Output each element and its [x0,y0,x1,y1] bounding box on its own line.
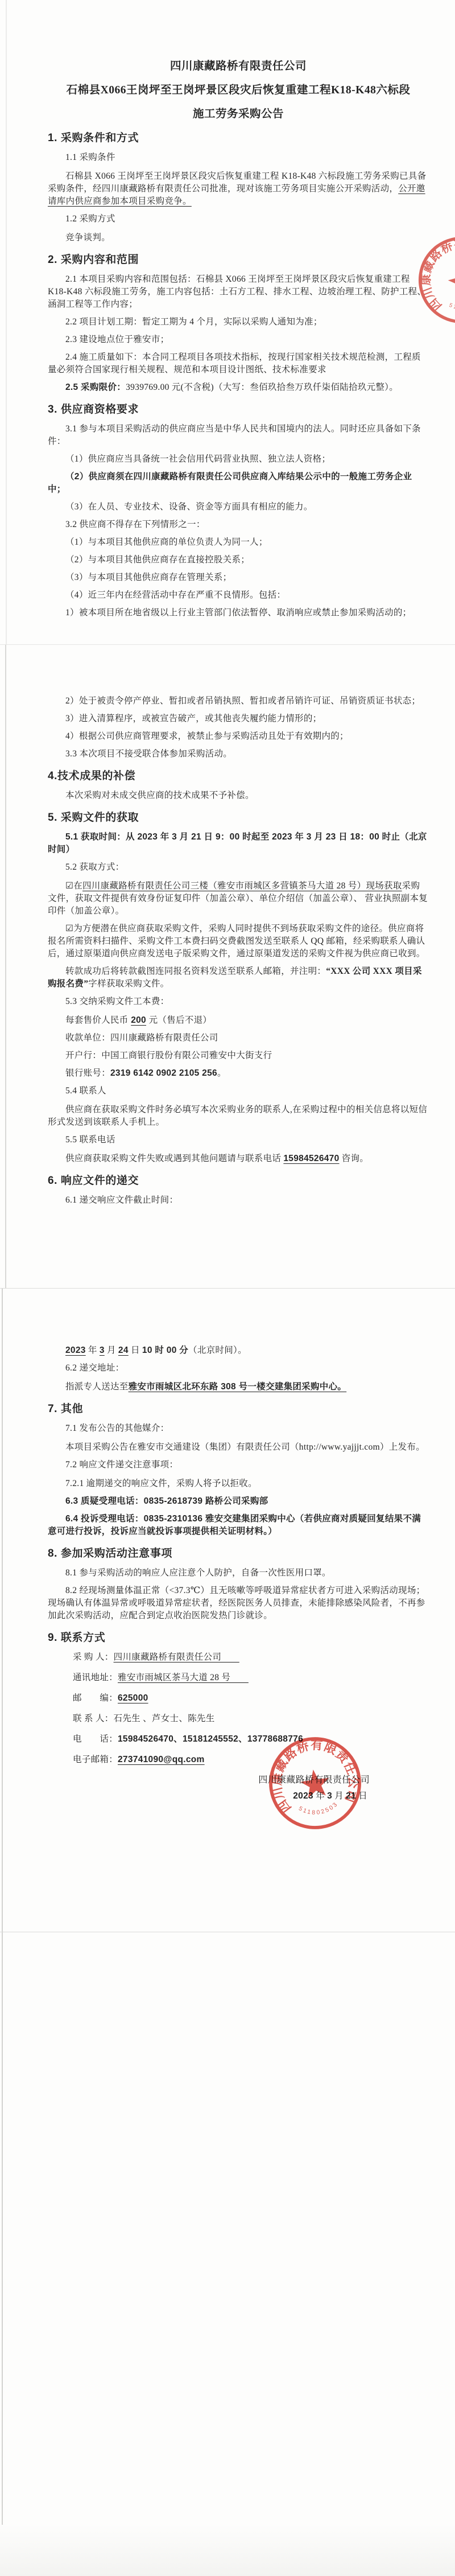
text-segment: 6.3 质疑受理电话：0835-2618739 路桥公司采购部 [65,1496,268,1506]
text-segment: 1.1 采购条件 [65,153,115,162]
text-segment: 3 [327,1791,332,1801]
section-heading: 5. 采购文件的获取 [48,810,429,825]
doc-title-line: 四川康藏路桥有限责任公司 [48,59,429,74]
text-segment: 四川康藏路桥有限责任公司 [170,60,307,72]
subsection-heading: 5.5 联系电话 [48,1134,429,1146]
text-segment: 8.1 参与采购活动的响应人应注意个人防护，自备一次性医用口罩。 [65,1568,331,1578]
paragraph: 7.2.1 逾期递交的响应文件，采购人将予以拒收。 [48,1478,429,1490]
paragraph: （1）供应商应当具备统一社会信用代码营业执照、独立法人资格； [48,453,429,466]
text-segment: （3）与本项目其他供应商存在管理关系； [65,573,231,582]
text-segment: 开户行：中国工商银行股份有限公司雅安中大街支行 [65,1051,272,1060]
paragraph: 石棉县 X066 王岗坪至王岗坪景区段灾后恢复重建工程 K18-K48 六标段施… [48,170,429,208]
section-heading: 6. 响应文件的递交 [48,1174,429,1188]
text-segment: 4）根据公司供应商管理要求，被禁止参与采购活动且处于有效期内的； [65,731,349,741]
subsection-heading: 1.2 采购方式 [48,213,429,225]
scanned-page-2: 2）处于被责令停产停业、暂扣或者吊销执照、暂扣或者吊销许可证、吊销资质证书状态；… [0,644,455,1288]
paragraph: 银行账号：2319 6142 0902 2105 256。 [48,1067,429,1080]
text-segment: 3.2 供应商不得存在下列情形之一： [65,520,205,529]
paragraph: 2.2 项目计划工期：暂定工期为 4 个月，实际以采购人通知为准； [48,316,429,328]
contact-row: 电子邮箱：273741090@qq.com [48,1754,429,1766]
text-segment: 通讯地址： [73,1673,118,1682]
text-segment: 本次采购对未成交供应商的技术成果不予补偿。 [65,791,254,800]
text-segment: （北京时间）。 [188,1345,247,1355]
text-segment: 本项目采购公告在雅安市交通建设（集团）有限责任公司（http://www.yaj… [65,1442,425,1452]
text-segment: 6.1 递交响应文件截止时间： [65,1195,178,1205]
paragraph: 转款成功后将转款截图连同报名资料发送至联系人邮箱，并注明：“XXX 公司 XXX… [48,965,429,990]
text-segment: 字样获取采购文件。 [88,979,169,989]
text-segment: 四川康藏路桥有限责任公司 [258,1775,370,1785]
section-heading: 4.技术成果的补偿 [48,769,429,783]
text-segment: 供应商在获取采购文件时务必填写本次采购业务的联系人,在采购过程中的相关信息将以短… [48,1105,427,1127]
text-segment: 8.2 经现场测量体温正常（<37.3℃）且无咳嗽等呼吸道异常症状者方可进入采购… [48,1586,425,1620]
subsection-heading: 5.2 获取方式： [48,861,429,874]
text-segment: 每套售价人民币 [65,1015,131,1025]
text-segment: （4）近三年内在经营活动中存在严重不良情形。包括： [65,590,286,600]
text-segment: 电 话： [73,1734,118,1744]
text-segment: 1. 采购条件和方式 [48,132,139,144]
paragraph: 2.5 采购限价：3939769.00 元(不含税)（大写：叁佰玖拾叁万玖仟柒佰… [48,381,429,394]
paragraph: （2）与本项目其他供应商存在直接控股关系； [48,554,429,566]
text-segment: 5.1 获取时间：从 2023 年 3 月 21 日 9：00 时起至 2023… [48,832,427,854]
section-heading: 8. 参加采购活动注意事项 [48,1546,429,1561]
text-segment: 2023 [293,1791,313,1801]
text-segment: 石棉县 X066 王岗坪至王岗坪景区段灾后恢复重建工程 K18-K48 六标段施… [48,171,426,194]
text-segment: 4.技术成果的补偿 [48,770,135,782]
text-segment: 6.4 投诉受理电话：0835-2310136 雅安交建集团采购中心（若供应商对… [48,1514,421,1536]
subsection-heading: 6.1 递交响应文件截止时间： [48,1194,429,1207]
text-segment: 3. 供应商资格要求 [48,404,139,415]
text-segment: 雅安市雨城区茶马大道 28 号 [118,1673,249,1682]
paragraph: 每套售价人民币 200 元（售后不退） [48,1014,429,1027]
text-segment: 7.1 发布公告的其他媒介： [65,1423,169,1433]
page-1-content: 四川康藏路桥有限责任公司石棉县X066王岗坪至王岗坪景区段灾后恢复重建工程K18… [0,0,455,619]
paragraph: 竞争谈判。 [48,232,429,244]
text-segment: （2）与本项目其他供应商存在直接控股关系； [65,555,250,565]
paragraph: 6.4 投诉受理电话：0835-2310136 雅安交建集团采购中心（若供应商对… [48,1513,429,1538]
page-edge-line [5,645,6,1288]
page-3-content: 2023 年 3 月 24 日 10 时 00 分（北京时间）。6.2 递交地址… [0,1289,455,1803]
text-segment: 日 [129,1345,142,1355]
paragraph: 5.1 获取时间：从 2023 年 3 月 21 日 9：00 时起至 2023… [48,831,429,856]
paragraph: 2.1 本项目采购内容和范围包括：石棉县 X066 王岗坪至王岗坪景区段灾后恢复… [48,273,429,311]
doc-title-line: 石棉县X066王岗坪至王岗坪景区段灾后恢复重建工程K18-K48六标段 [48,83,429,98]
text-segment: 6.2 递交地址： [65,1363,124,1373]
text-segment: 施工劳务采购公告 [193,108,284,120]
text-segment: 2. 采购内容和范围 [48,254,139,266]
text-segment: 月 [105,1345,118,1355]
section-heading: 7. 其他 [48,1402,429,1416]
paragraph: 2）处于被责令停产停业、暂扣或者吊销执照、暂扣或者吊销许可证、吊销资质证书状态； [48,695,429,707]
contact-row: 邮 编：625000 [48,1692,429,1705]
doc-title-line: 施工劳务采购公告 [48,107,429,122]
text-segment: ☑为方便潜在供应商获取采购文件，采购人同时提供不到场获取采购文件的途径。供应商将… [48,924,425,958]
text-segment: 15984526470、15181245552、13778688776 [118,1734,303,1744]
text-segment: 1.2 采购方式 [65,214,115,224]
text-segment: 邮 编： [73,1693,118,1703]
paragraph: 本项目采购公告在雅安市交通建设（集团）有限责任公司（http://www.yaj… [48,1441,429,1454]
text-segment: 5.5 联系电话 [65,1135,115,1145]
contact-row: 通讯地址：雅安市雨城区茶马大道 28 号 [48,1672,429,1684]
text-segment: 收款单位：四川康藏路桥有限责任公司 [65,1033,218,1043]
text-segment: 3.1 参与本项目采购活动的供应商应当是中华人民共和国境内的法人。同时还应具备如… [48,424,421,446]
text-segment: 21 [346,1791,356,1801]
paragraph: 本次采购对未成交供应商的技术成果不予补偿。 [48,789,429,802]
text-segment: 石棉县X066王岗坪至王岗坪景区段灾后恢复重建工程K18-K48六标段 [67,84,411,96]
paragraph: 4）根据公司供应商管理要求，被禁止参与采购活动且处于有效期内的； [48,730,429,743]
scanned-page-1: 四川康藏路桥有限责任公司石棉县X066王岗坪至王岗坪景区段灾后恢复重建工程K18… [0,0,455,644]
paragraph: 供应商获取采购文件失败或遇到其他问题请与联系电话 15984526470 咨询。 [48,1153,429,1165]
paragraph: （2）供应商须在四川康藏路桥有限责任公司供应商入库结果公示中的一般施工劳务企业中… [48,471,429,496]
signature-date-line: 2023 年 3 月 21 日 [48,1790,429,1803]
section-heading: 2. 采购内容和范围 [48,253,429,267]
text-segment: 竞争谈判。 [65,233,110,242]
paragraph: 3）进入清算程序，或被宣告破产，或其他丧失履约能力情形的； [48,713,429,725]
paragraph: ☑在四川康藏路桥有限责任公司三楼（雅安市雨城区多营镇茶马大道 28 号）现场获取… [48,880,429,917]
text-segment: （1）供应商应当具备统一社会信用代码营业执照、独立法人资格； [65,454,330,464]
text-segment: 元（售后不退） [146,1015,212,1025]
scanned-document: 四川康藏路桥有限责任公司石棉县X066王岗坪至王岗坪景区段灾后恢复重建工程K18… [0,0,455,2576]
text-segment: 7.2 响应文件递交注意事项： [65,1460,178,1470]
text-segment: 转款成功后将转款截图连同报名资料发送至联系人邮箱，并注明： [65,966,326,976]
paragraph: 2023 年 3 月 24 日 10 时 00 分（北京时间）。 [48,1344,429,1357]
text-segment: 1）被本项目所在地省级以上行业主管部门依法暂停、取消响应或禁止参加采购活动的； [65,608,411,618]
text-segment: 四川康藏路桥有限责任公司 [114,1652,239,1662]
text-segment: 雅安市雨城区北环东路 308 号一楼交建集团采购中心。 [129,1382,347,1392]
page-edge-line [6,0,7,644]
text-segment: 5.4 联系人 [65,1086,106,1096]
scan-bottom-shading [0,2525,455,2576]
text-segment: 3939769.00 元(不含税)（大写：叁佰玖拾叁万玖仟柒佰陆拾玖元整）。 [126,382,398,392]
text-segment: 3）进入清算程序，或被宣告破产，或其他丧失履约能力情形的； [65,714,321,723]
paragraph: 8.1 参与采购活动的响应人应注意个人防护，自备一次性医用口罩。 [48,1567,429,1579]
subsection-heading: 5.3 交纳采购文件工本费： [48,995,429,1008]
text-segment: 3.3 本次项目不接受联合体参加采购活动。 [65,749,232,759]
text-segment: 7.2.1 逾期递交的响应文件，采购人将予以拒收。 [65,1479,257,1488]
subsection-heading: 6.2 递交地址： [48,1362,429,1375]
text-segment: 2.3 建设地点位于雅安市； [65,335,169,344]
paragraph: 8.2 经现场测量体温正常（<37.3℃）且无咳嗽等呼吸道异常症状者方可进入采购… [48,1585,429,1622]
text-segment: ☑在 [65,881,82,891]
text-segment: 银行账号： [65,1068,110,1078]
paragraph: 6.3 质疑受理电话：0835-2618739 路桥公司采购部 [48,1495,429,1508]
section-heading: 1. 采购条件和方式 [48,131,429,145]
text-segment: 15984526470 [283,1154,339,1163]
text-segment: 。 [217,1068,226,1078]
text-segment: 日 [356,1791,367,1801]
text-segment: （2）供应商须在四川康藏路桥有限责任公司供应商入库结果公示中的一般施工劳务企业中… [48,472,412,494]
subsection-heading: 7.2 响应文件递交注意事项： [48,1459,429,1471]
paragraph: 2.4 施工质量如下：本合同工程项目各项技术指标，按现行国家相关技术规范检测，工… [48,351,429,376]
text-segment: 指派专人送达至 [65,1382,129,1392]
text-segment: 5. 采购文件的获取 [48,812,139,824]
text-segment: 年 [313,1791,327,1801]
text-segment: 咨询。 [340,1154,369,1163]
text-segment: 10 时 00 分 [142,1345,188,1355]
paragraph: （1）与本项目其他供应商的单位负责人为同一人； [48,536,429,549]
text-segment: 9. 联系方式 [48,1632,105,1644]
text-segment: 采 购 人： [73,1652,114,1662]
section-heading: 9. 联系方式 [48,1631,429,1645]
text-segment: 24 [118,1345,129,1355]
text-segment: 5.2 获取方式： [65,862,124,872]
text-segment: 2.4 施工质量如下：本合同工程项目各项技术指标，按现行国家相关技术规范检测，工… [48,352,421,375]
section-heading: 3. 供应商资格要求 [48,402,429,417]
text-segment: 273741090@qq.com [118,1755,205,1764]
text-segment: 3 [100,1345,105,1355]
paragraph: 3.1 参与本项目采购活动的供应商应当是中华人民共和国境内的法人。同时还应具备如… [48,423,429,448]
text-segment: 电子邮箱： [73,1755,118,1764]
paragraph: 收款单位：四川康藏路桥有限责任公司 [48,1032,429,1044]
text-segment: 月 [332,1791,346,1801]
contact-row: 采 购 人：四川康藏路桥有限责任公司 [48,1651,429,1664]
text-segment: 8. 参加采购活动注意事项 [48,1548,172,1559]
paragraph: （3）与本项目其他供应商存在管理关系； [48,571,429,584]
text-segment: 2023 [65,1345,86,1355]
text-segment: 2.1 本项目采购内容和范围包括：石棉县 X066 王岗坪至王岗坪景区段灾后恢复… [48,274,426,309]
text-segment: 2.2 项目计划工期：暂定工期为 4 个月，实际以采购人通知为准； [65,317,322,327]
text-segment: 年 [86,1345,100,1355]
scanned-page-4 [0,1932,455,2576]
text-segment: 2319 6142 0902 2105 256 [110,1068,217,1078]
subsection-heading: 5.4 联系人 [48,1085,429,1097]
paragraph: 2.3 建设地点位于雅安市； [48,334,429,346]
paragraph: 指派专人送达至雅安市雨城区北环东路 308 号一楼交建集团采购中心。 [48,1381,429,1393]
paragraph: （3）在人员、专业技术、设备、资金等方面具有相应的能力。 [48,501,429,513]
text-segment: 625000 [118,1693,148,1703]
seal-serial-number: 511802503 [297,1800,341,1819]
paragraph: 供应商在获取采购文件时务必填写本次采购业务的联系人,在采购过程中的相关信息将以短… [48,1104,429,1129]
text-segment: 联 系 人：石先生 、芦女士、陈先生 [73,1714,215,1723]
paragraph: 1）被本项目所在地省级以上行业主管部门依法暂停、取消响应或禁止参加采购活动的； [48,607,429,619]
text-segment: 供应商获取采购文件失败或遇到其他问题请与联系电话 [65,1154,283,1163]
text-segment: （1）与本项目其他供应商的单位负责人为同一人； [65,537,268,547]
paragraph: 3.3 本次项目不接受联合体参加采购活动。 [48,748,429,760]
page-edge-line [2,1932,3,2576]
text-segment: 200 [131,1015,146,1025]
contact-row: 电 话：15984526470、15181245552、13778688776 [48,1733,429,1746]
text-segment: 四川康藏路桥有限责任公司三楼（雅安市雨城区多营镇茶马大道 28 号）现场获取 [82,881,402,891]
page-2-content: 2）处于被责令停产停业、暂扣或者吊销执照、暂扣或者吊销许可证、吊销资质证书状态；… [0,645,455,1207]
svg-text:511802503: 511802503 [297,1800,341,1819]
paragraph: （4）近三年内在经营活动中存在严重不良情形。包括： [48,589,429,602]
page-edge-line [2,1289,3,1932]
text-segment: 2.5 采购限价： [65,382,126,392]
subsection-heading: 1.1 采购条件 [48,151,429,164]
signature-company-line: 四川康藏路桥有限责任公司 [48,1774,429,1787]
paragraph: 3.2 供应商不得存在下列情形之一： [48,519,429,531]
paragraph: ☑为方便潜在供应商获取采购文件，采购人同时提供不到场获取采购文件的途径。供应商将… [48,923,429,960]
subsection-heading: 7.1 发布公告的其他媒介： [48,1422,429,1435]
contact-row: 联 系 人：石先生 、芦女士、陈先生 [48,1713,429,1725]
scanned-page-3: 2023 年 3 月 24 日 10 时 00 分（北京时间）。6.2 递交地址… [0,1288,455,1932]
text-segment: （3）在人员、专业技术、设备、资金等方面具有相应的能力。 [65,502,313,512]
text-segment: 7. 其他 [48,1403,83,1415]
paragraph: 开户行：中国工商银行股份有限公司雅安中大街支行 [48,1050,429,1062]
text-segment: 6. 响应文件的递交 [48,1175,139,1187]
text-segment: 5.3 交纳采购文件工本费： [65,997,169,1006]
text-segment: 2）处于被责令停产停业、暂扣或者吊销执照、暂扣或者吊销许可证、吊销资质证书状态； [65,696,420,706]
